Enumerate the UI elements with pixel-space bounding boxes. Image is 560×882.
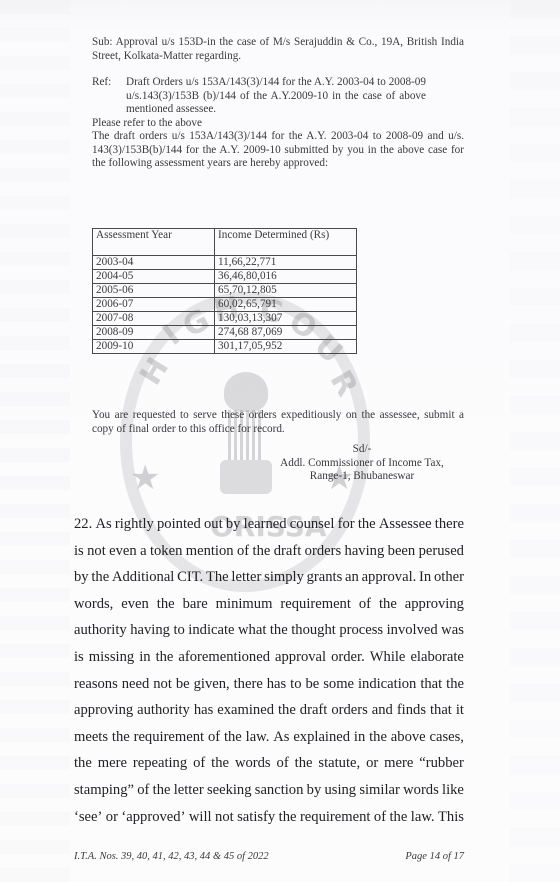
page-number: Page 14 of 17: [405, 851, 464, 862]
word: the: [91, 564, 109, 591]
paragraph-line: approvingauthorityhasexaminedthedraftord…: [74, 697, 464, 724]
income-cell: 11,66,22,771: [215, 256, 357, 270]
table-row: 2008-09274,68 87,069: [93, 326, 357, 340]
word: repeating: [133, 750, 187, 777]
table-row: 2007-08130,03,13,307: [93, 312, 357, 326]
word: of: [193, 750, 205, 777]
word: of: [359, 591, 371, 618]
word: an: [345, 564, 359, 591]
income-cell: 60,02,65,791: [215, 298, 357, 312]
watermark-letter: H: [133, 352, 176, 392]
word: the: [270, 617, 288, 644]
word: reasons: [74, 671, 118, 698]
word: authority: [74, 617, 127, 644]
word: rightly: [115, 511, 154, 538]
word: even: [109, 538, 137, 565]
word: having: [130, 617, 170, 644]
word: aforementioned: [178, 644, 270, 671]
table-row: 2005-0665,70,12,805: [93, 284, 357, 298]
word: the: [153, 777, 171, 804]
word: of: [277, 750, 289, 777]
word: requirement: [134, 724, 205, 751]
word: there: [435, 511, 464, 538]
word: This: [438, 804, 464, 831]
word: elaborate: [410, 644, 463, 671]
request-text: You are requested to serve these orders …: [92, 409, 464, 436]
word: similar: [359, 777, 400, 804]
assessment-year-cell: 2004-05: [93, 270, 215, 284]
word: the: [253, 538, 271, 565]
word: and: [372, 697, 393, 724]
word: be: [305, 671, 319, 698]
letter-subject: Sub: Approval u/s 153D-in the case of M/…: [92, 36, 464, 63]
signature-designation: Addl. Commissioner of Income Tax,: [262, 457, 462, 471]
income-cell: 65,70,12,805: [215, 284, 357, 298]
page-footer: I.T.A. Nos. 39, 40, 41, 42, 43, 44 & 45 …: [74, 851, 464, 862]
word: letter: [231, 564, 261, 591]
word: approval: [275, 644, 326, 671]
word: that: [420, 671, 442, 698]
word: out: [204, 511, 223, 538]
word: law.: [411, 804, 435, 831]
word: above: [391, 724, 426, 751]
word: the: [157, 591, 175, 618]
assessment-year-cell: 2003-04: [93, 256, 215, 270]
watermark-letter: R: [323, 365, 365, 403]
word: a: [140, 538, 146, 565]
word: to: [173, 617, 184, 644]
word: it: [456, 697, 464, 724]
word: was: [441, 617, 464, 644]
word: for: [338, 511, 355, 538]
paragraph-line: bytheAdditionalCIT.Thelettersimplygrants…: [74, 564, 464, 591]
word: like: [442, 777, 464, 804]
word: by: [74, 564, 89, 591]
income-cell: 130,03,13,307: [215, 312, 357, 326]
word: ‘approved’: [121, 804, 185, 831]
paragraph-line: isnotevenatokenmentionofthedraftordersha…: [74, 538, 464, 565]
word: the: [295, 750, 313, 777]
word: or: [366, 750, 378, 777]
word: process: [339, 617, 383, 644]
ref-label: Ref:: [92, 76, 120, 117]
word: finds: [397, 697, 426, 724]
word: mere: [98, 750, 127, 777]
table-row: 2009-10301,17,05,952: [93, 340, 357, 354]
word: of: [208, 724, 220, 751]
word: token: [150, 538, 182, 565]
word: pointed: [157, 511, 201, 538]
word: need: [122, 671, 150, 698]
word: been: [388, 538, 416, 565]
ref-text: Draft Orders u/s 153A/143(3)/144 for the…: [120, 76, 426, 117]
word: draft: [300, 697, 328, 724]
word: of: [374, 804, 386, 831]
word: approval.: [362, 564, 417, 591]
word: there: [234, 671, 263, 698]
word: missing: [89, 644, 134, 671]
word: requirement: [300, 804, 371, 831]
assessment-year-cell: 2005-06: [93, 284, 215, 298]
assessment-year-cell: 2009-10: [93, 340, 215, 354]
paragraph-line: stamping”oftheletterseekingsanctionbyusi…: [74, 777, 464, 804]
word: words,: [74, 591, 113, 618]
word: using: [324, 777, 356, 804]
word: 22.: [74, 511, 92, 538]
word: is: [74, 538, 84, 565]
word: will: [189, 804, 212, 831]
case-numbers: I.T.A. Nos. 39, 40, 41, 42, 43, 44 & 45 …: [74, 851, 269, 862]
word: cases,: [430, 724, 464, 751]
word: other: [434, 564, 464, 591]
word: While: [370, 644, 406, 671]
word: the: [390, 804, 408, 831]
word: Additional: [112, 564, 174, 591]
word: order.: [331, 644, 365, 671]
word: the: [279, 804, 297, 831]
word: As: [95, 511, 111, 538]
word: the: [358, 511, 376, 538]
paragraph-line: authorityhavingtoindicatewhatthethoughtp…: [74, 617, 464, 644]
word: by: [307, 777, 322, 804]
word: minimum: [216, 591, 273, 618]
table-row: 2003-0411,66,22,771: [93, 256, 357, 270]
income-cell: 301,17,05,952: [215, 340, 357, 354]
word: sanction: [255, 777, 304, 804]
judgment-paragraph-22: 22.Asrightlypointedoutbylearnedcounselfo…: [74, 511, 464, 830]
word: given,: [194, 671, 230, 698]
word: the: [278, 697, 296, 724]
word: the: [224, 724, 242, 751]
word: even: [121, 591, 149, 618]
word: learned: [244, 511, 287, 538]
word: As: [273, 724, 289, 751]
word: “rubber: [419, 750, 464, 777]
word: examined: [217, 697, 274, 724]
word: satisfy: [237, 804, 275, 831]
word: words: [403, 777, 439, 804]
word: approving: [74, 697, 133, 724]
word: in: [139, 644, 150, 671]
word: the: [369, 724, 387, 751]
star-icon: ★: [130, 458, 160, 498]
word: mention: [186, 538, 234, 565]
table-header-row: Assessment Year Income Determined (Rs): [93, 229, 357, 256]
paragraph-line: themererepeatingofthewordsofthestatute,o…: [74, 750, 464, 777]
word: draft: [274, 538, 302, 565]
paragraph-line: reasonsneednotbegiven,therehastobesomein…: [74, 671, 464, 698]
word: some: [323, 671, 354, 698]
word: perused: [419, 538, 464, 565]
word: to: [290, 671, 301, 698]
word: of: [137, 777, 149, 804]
word: ‘see’: [74, 804, 102, 831]
draft-approval-text: The draft orders u/s 153A/143(3)/144 for…: [92, 130, 464, 171]
assessment-year-cell: 2006-07: [93, 298, 215, 312]
word: or: [106, 804, 118, 831]
word: authority: [137, 697, 190, 724]
word: be: [176, 671, 190, 698]
word: involved: [387, 617, 438, 644]
word: the: [112, 724, 130, 751]
column-header: Income Determined (Rs): [215, 229, 357, 256]
right-bleed-through: [510, 0, 560, 882]
paragraph-line: meetstherequirementofthelaw.Asexplainedi…: [74, 724, 464, 751]
quoted-letter: Sub: Approval u/s 153D-in the case of M/…: [92, 36, 464, 171]
column-header: Assessment Year: [93, 229, 215, 256]
word: letter: [174, 777, 204, 804]
word: counsel: [290, 511, 335, 538]
assessment-year-cell: 2008-09: [93, 326, 215, 340]
document-page: H I G H C O U R ORISSA ★ ★ Sub: Approval…: [0, 0, 560, 882]
word: having: [345, 538, 385, 565]
word: explained: [293, 724, 350, 751]
word: that: [430, 697, 452, 724]
word: the: [211, 750, 229, 777]
word: In: [419, 564, 431, 591]
word: orders: [331, 697, 367, 724]
income-cell: 36,46,80,016: [215, 270, 357, 284]
word: stamping”: [74, 777, 134, 804]
word: grants: [307, 564, 343, 591]
word: law.: [246, 724, 270, 751]
signature-block: Sd/- Addl. Commissioner of Income Tax, R…: [262, 443, 462, 484]
word: not: [153, 671, 172, 698]
word: is: [74, 644, 84, 671]
word: approving: [405, 591, 464, 618]
word: the: [379, 591, 397, 618]
word: CIT.: [177, 564, 203, 591]
paragraph-line: ismissingintheaforementionedapprovalorde…: [74, 644, 464, 671]
signature-sd: Sd/-: [262, 443, 462, 457]
signature-office: Range-1, Bhubaneswar: [262, 470, 462, 484]
word: the: [446, 671, 464, 698]
assessment-table: Assessment Year Income Determined (Rs) 2…: [92, 228, 357, 354]
word: not: [215, 804, 234, 831]
assessment-year-cell: 2007-08: [93, 312, 215, 326]
word: in: [354, 724, 365, 751]
income-cell: 274,68 87,069: [215, 326, 357, 340]
word: bare: [183, 591, 208, 618]
paragraph-line: words,eventhebareminimumrequirementofthe…: [74, 591, 464, 618]
word: Assessee: [379, 511, 432, 538]
word: the: [74, 750, 92, 777]
paragraph-line: ‘see’or‘approved’willnotsatisfytherequir…: [74, 804, 464, 831]
word: requirement: [280, 591, 351, 618]
refer-line: Please refer to the above: [92, 117, 464, 131]
word: simply: [264, 564, 304, 591]
word: words: [235, 750, 271, 777]
paragraph-line: 22.Asrightlypointedoutbylearnedcounselfo…: [74, 511, 464, 538]
word: of: [237, 538, 249, 565]
word: meets: [74, 724, 108, 751]
word: indication: [358, 671, 416, 698]
word: orders: [305, 538, 341, 565]
table-row: 2006-0760,02,65,791: [93, 298, 357, 312]
word: has: [194, 697, 213, 724]
word: The: [206, 564, 229, 591]
word: indicate: [188, 617, 234, 644]
left-bleed-through: [0, 0, 70, 882]
word: not: [87, 538, 106, 565]
letter-reference: Ref: Draft Orders u/s 153A/143(3)/144 fo…: [92, 76, 464, 117]
word: seeking: [207, 777, 252, 804]
table-row: 2004-0536,46,80,016: [93, 270, 357, 284]
word: the: [156, 644, 174, 671]
word: by: [226, 511, 241, 538]
word: has: [267, 671, 286, 698]
word: thought: [291, 617, 336, 644]
word: statute,: [318, 750, 360, 777]
word: what: [238, 617, 266, 644]
word: mere: [384, 750, 413, 777]
